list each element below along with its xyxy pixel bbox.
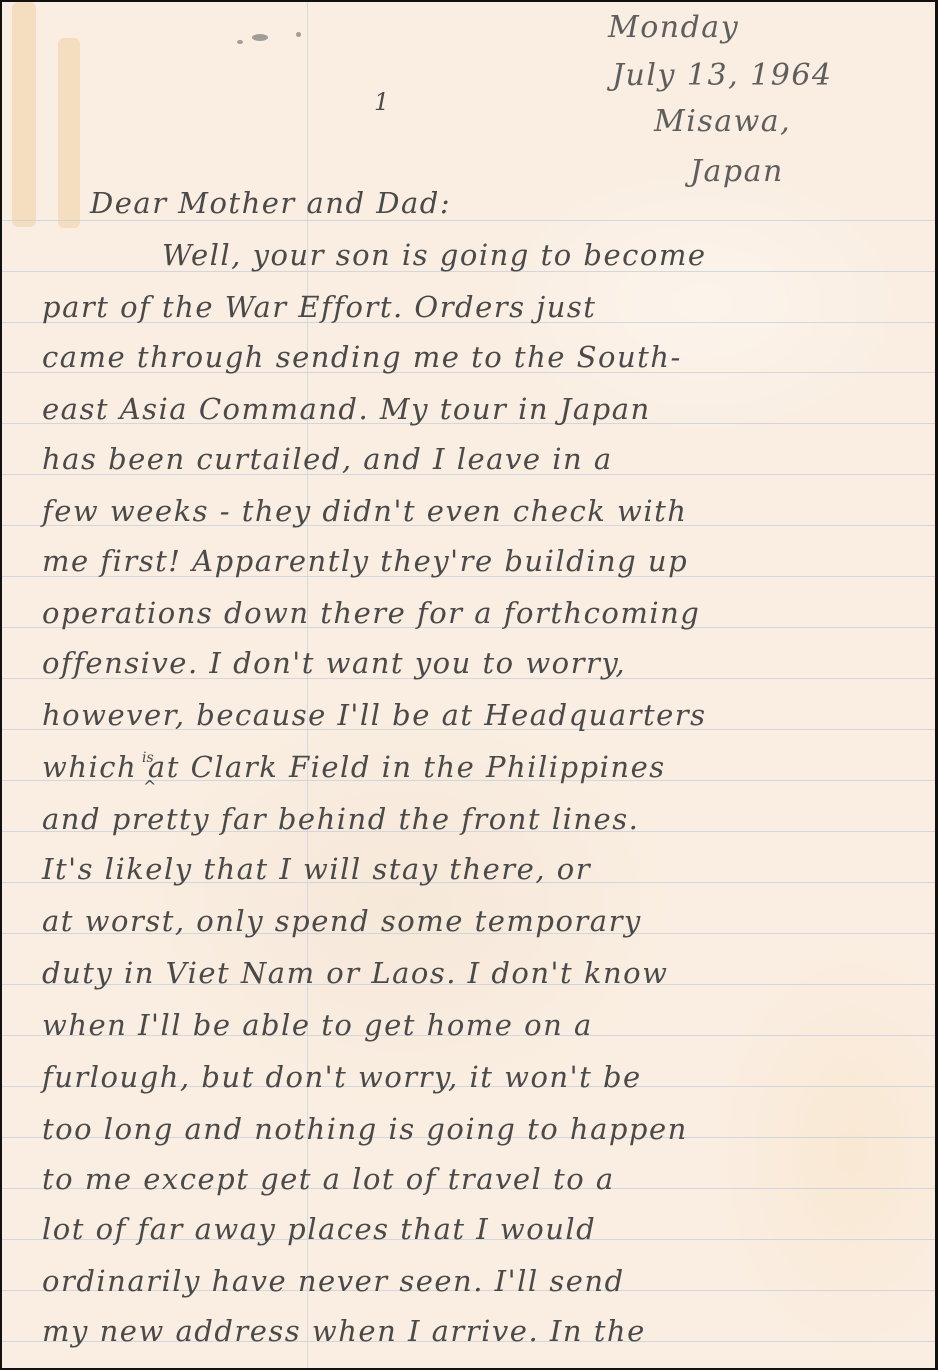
body-line: has been curtailed, and I leave in a [42,442,613,476]
tape-stain [58,38,80,228]
tape-stain [12,2,36,227]
page-number-mark: 1 [374,88,391,116]
header-country: Japan [690,154,784,189]
body-line: east Asia Command. My tour in Japan [42,392,651,426]
ink-smudge [237,40,243,44]
salutation: Dear Mother and Dad: [90,186,451,220]
body-line: my new address when I arrive. In the [42,1314,646,1348]
body-line: operations down there for a forthcoming [42,596,700,630]
body-line: duty in Viet Nam or Laos. I don't know [42,956,668,990]
body-line: which at Clark Field in the Philippines [42,750,666,784]
ruled-line [2,220,935,221]
body-line: too long and nothing is going to happen [42,1112,688,1146]
body-line: at worst, only spend some temporary [42,904,642,938]
header-day: Monday [608,10,739,45]
inserted-word: is [142,750,154,766]
header-city: Misawa, [654,104,791,139]
insertion-caret: ^ [143,777,156,796]
body-line: It's likely that I will stay there, or [42,852,591,886]
ink-smudge [296,32,301,37]
body-line: when I'll be able to get home on a [42,1008,593,1042]
body-line: ordinarily have never seen. I'll send [42,1264,625,1298]
body-line: lot of far away places that I would [42,1212,596,1246]
body-line: however, because I'll be at Headquarters [42,698,707,732]
body-line: and pretty far behind the front lines. [42,802,639,836]
body-line: to me except get a lot of travel to a [42,1162,615,1196]
body-line: me first! Apparently they're building up [42,544,688,578]
body-line: furlough, but don't worry, it won't be [42,1060,642,1094]
letter-page: 1 Monday July 13, 1964 Misawa, Japan Dea… [2,2,935,1368]
body-line: offensive. I don't want you to worry, [42,646,626,680]
body-line: Well, your son is going to become [162,238,706,272]
body-line: few weeks - they didn't even check with [42,494,687,528]
body-line: part of the War Effort. Orders just [42,290,596,324]
ink-smudge [252,34,268,41]
header-date: July 13, 1964 [612,58,833,93]
body-line: came through sending me to the South- [42,340,682,374]
